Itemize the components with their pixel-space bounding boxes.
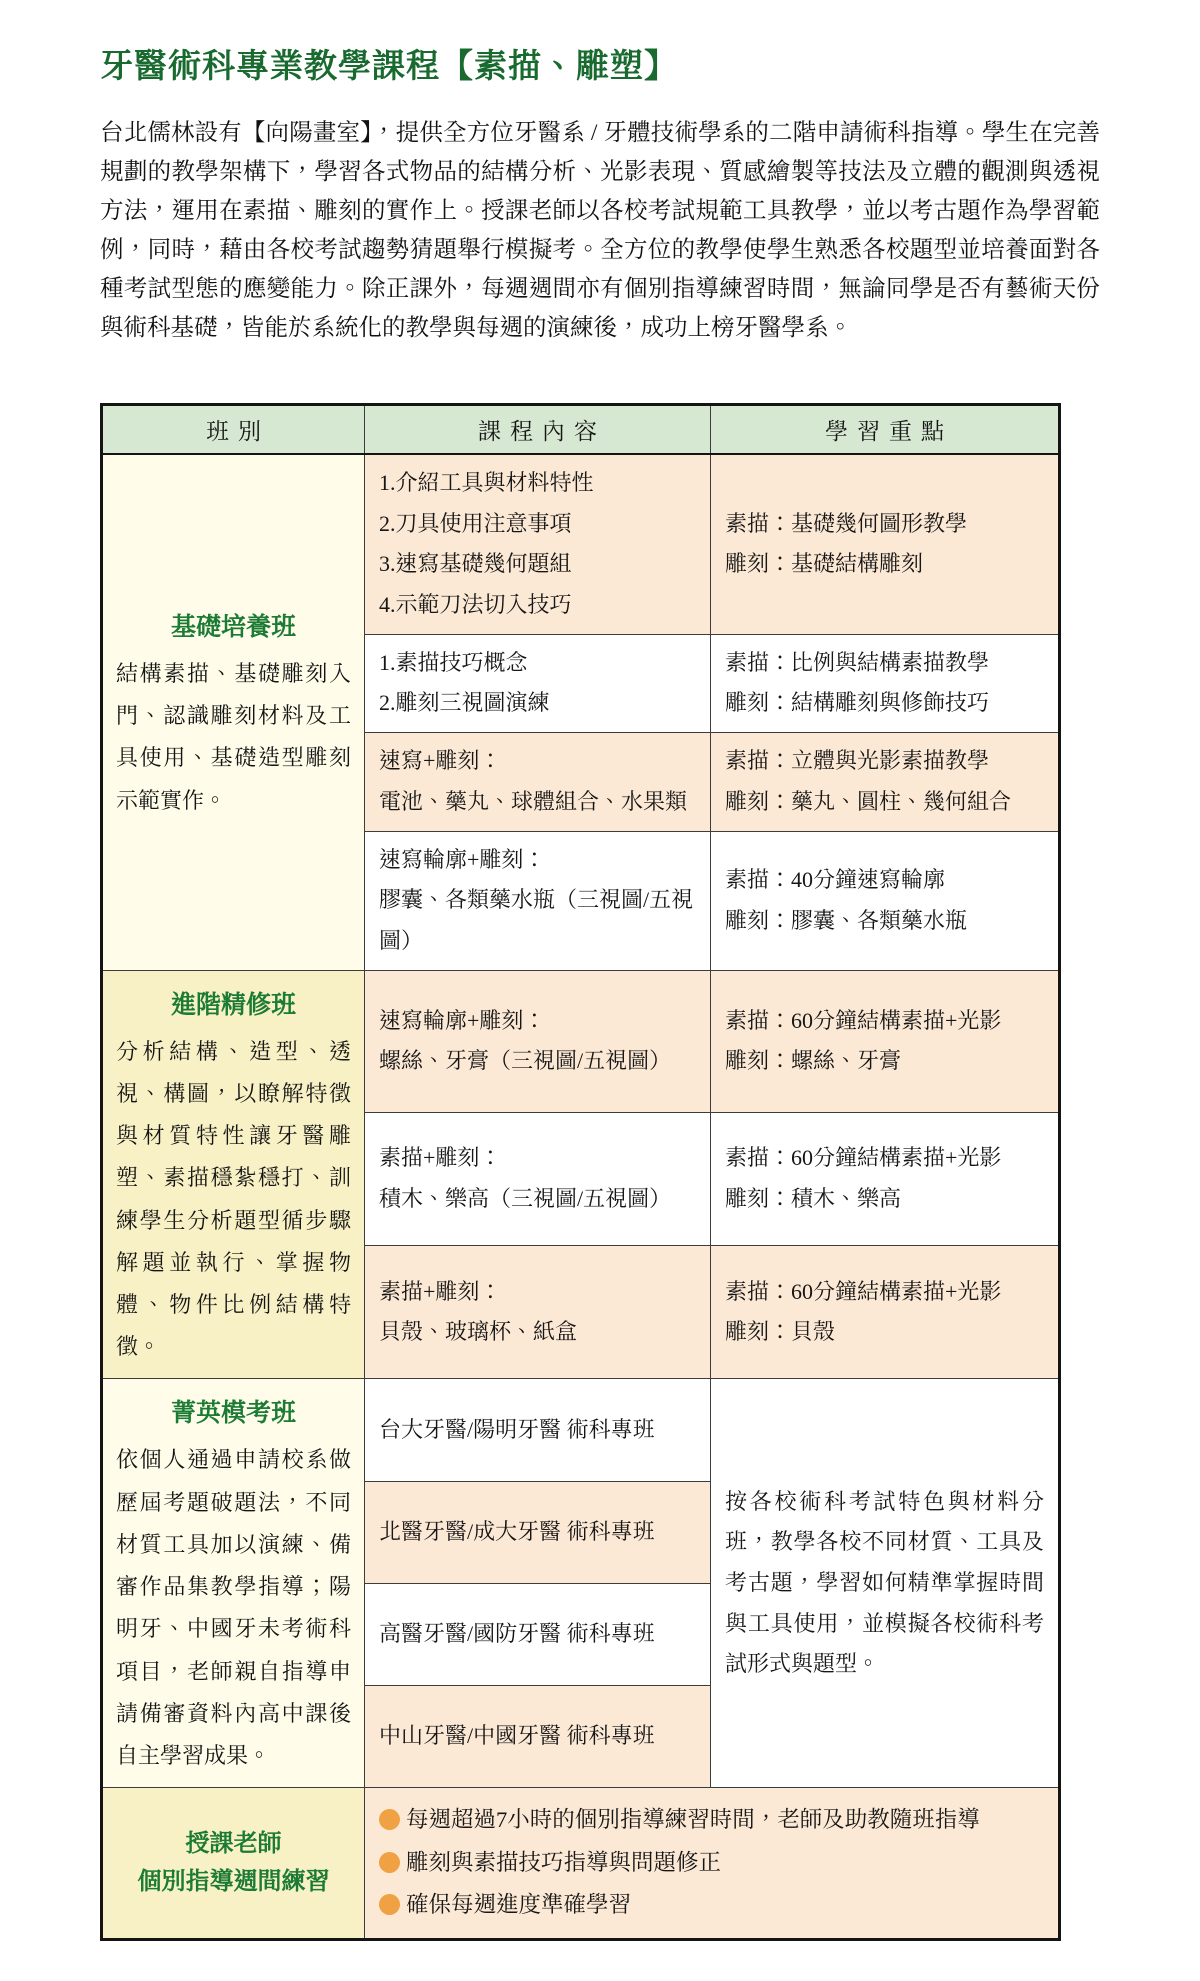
table-row: 菁英模考班 依個人通過申請校系做歷屆考題破題法，不同材質工具加以演練、備審作品集… [102, 1379, 1060, 1481]
class-cell-basic: 基礎培養班 結構素描、基礎雕刻入門、認識雕刻材料及工具使用、基礎造型雕刻示範實作… [102, 454, 365, 970]
course-cell: 北醫牙醫/成大牙醫 術科專班 [365, 1481, 711, 1583]
intro-paragraph: 台北儒林設有【向陽畫室】，提供全方位牙醫系 / 牙體技術學系的二階申請術科指導。… [100, 114, 1100, 348]
bullet-icon [379, 1894, 400, 1915]
course-cell: 1.素描技巧概念 2.雕刻三視圖演練 [365, 634, 711, 732]
class-name: 進階精修班 [116, 985, 351, 1021]
footer-bullets-cell: 每週超過7小時的個別指導練習時間，老師及助教隨班指導 雕刻與素描技巧指導與問題修… [365, 1788, 1060, 1940]
course-cell: 速寫輪廓+雕刻： 螺絲、牙膏（三視圖/五視圖） [365, 970, 711, 1112]
header-focus-column: 學習重點 [711, 405, 1060, 455]
class-cell-elite: 菁英模考班 依個人通過申請校系做歷屆考題破題法，不同材質工具加以演練、備審作品集… [102, 1379, 365, 1788]
list-item: 確保每週進度準確學習 [379, 1885, 1044, 1926]
bullet-text: 雕刻與素描技巧指導與問題修正 [406, 1843, 721, 1884]
table-row: 基礎培養班 結構素描、基礎雕刻入門、認識雕刻材料及工具使用、基礎造型雕刻示範實作… [102, 454, 1060, 634]
header-content-column: 課程內容 [365, 405, 711, 455]
focus-cell: 素描：60分鐘結構素描+光影 雕刻：積木、樂高 [711, 1112, 1060, 1245]
focus-cell: 素描：比例與結構素描教學 雕刻：結構雕刻與修飾技巧 [711, 634, 1060, 732]
course-cell: 素描+雕刻： 貝殼、玻璃杯、紙盒 [365, 1246, 711, 1379]
footer-name-cell: 授課老師 個別指導週間練習 [102, 1788, 365, 1940]
bullet-text: 每週超過7小時的個別指導練習時間，老師及助教隨班指導 [406, 1800, 980, 1841]
class-desc: 結構素描、基礎雕刻入門、認識雕刻材料及工具使用、基礎造型雕刻示範實作。 [116, 653, 351, 822]
class-desc: 依個人通過申請校系做歷屆考題破題法，不同材質工具加以演練、備審作品集教學指導；陽… [116, 1439, 351, 1777]
table-footer-row: 授課老師 個別指導週間練習 每週超過7小時的個別指導練習時間，老師及助教隨班指導… [102, 1788, 1060, 1940]
bullet-icon [379, 1852, 400, 1873]
class-desc: 分析結構、造型、透視、構圖，以瞭解特徵與材質特性讓牙醫雕塑、素描穩紮穩打、訓練學… [116, 1031, 351, 1369]
course-cell: 台大牙醫/陽明牙醫 術科專班 [365, 1379, 711, 1481]
class-cell-advanced: 進階精修班 分析結構、造型、透視、構圖，以瞭解特徵與材質特性讓牙醫雕塑、素描穩紮… [102, 970, 365, 1379]
focus-cell: 素描：40分鐘速寫輪廓 雕刻：膠囊、各類藥水瓶 [711, 831, 1060, 970]
bullet-text: 確保每週進度準確學習 [406, 1885, 631, 1926]
header-class-column: 班別 [102, 405, 365, 455]
focus-cell: 素描：立體與光影素描教學 雕刻：藥丸、圓柱、幾何組合 [711, 733, 1060, 831]
focus-cell: 素描：60分鐘結構素描+光影 雕刻：貝殼 [711, 1246, 1060, 1379]
course-cell: 高醫牙醫/國防牙醫 術科專班 [365, 1583, 711, 1685]
bullet-list: 每週超過7小時的個別指導練習時間，老師及助教隨班指導 雕刻與素描技巧指導與問題修… [379, 1800, 1044, 1926]
document-page: 牙醫術科專業教學課程【素描、雕塑】 台北儒林設有【向陽畫室】，提供全方位牙醫系 … [0, 0, 1200, 1981]
table-row: 進階精修班 分析結構、造型、透視、構圖，以瞭解特徵與材質特性讓牙醫雕塑、素描穩紮… [102, 970, 1060, 1112]
course-cell: 速寫輪廓+雕刻： 膠囊、各類藥水瓶（三視圖/五視圖） [365, 831, 711, 970]
course-cell: 中山牙醫/中國牙醫 術科專班 [365, 1686, 711, 1788]
course-table: 班別 課程內容 學習重點 基礎培養班 結構素描、基礎雕刻入門、認識雕刻材料及工具… [100, 403, 1061, 1941]
page-title: 牙醫術科專業教學課程【素描、雕塑】 [100, 40, 1100, 87]
focus-cell-merged: 按各校術科考試特色與材料分班，教學各校不同材質、工具及考古題，學習如何精準掌握時… [711, 1379, 1060, 1788]
class-name: 基礎培養班 [116, 607, 351, 643]
course-cell: 1.介紹工具與材料特性 2.刀具使用注意事項 3.速寫基礎幾何題組 4.示範刀法… [365, 454, 711, 634]
course-cell: 速寫+雕刻： 電池、藥丸、球體組合、水果類 [365, 733, 711, 831]
focus-cell: 素描：60分鐘結構素描+光影 雕刻：螺絲、牙膏 [711, 970, 1060, 1112]
list-item: 每週超過7小時的個別指導練習時間，老師及助教隨班指導 [379, 1800, 1044, 1841]
focus-cell: 素描：基礎幾何圖形教學 雕刻：基礎結構雕刻 [711, 454, 1060, 634]
course-cell: 素描+雕刻： 積木、樂高（三視圖/五視圖） [365, 1112, 711, 1245]
class-name: 菁英模考班 [116, 1393, 351, 1429]
list-item: 雕刻與素描技巧指導與問題修正 [379, 1843, 1044, 1884]
bullet-icon [379, 1809, 400, 1830]
footer-name: 授課老師 個別指導週間練習 [104, 1825, 363, 1902]
table-header-row: 班別 課程內容 學習重點 [102, 405, 1060, 455]
